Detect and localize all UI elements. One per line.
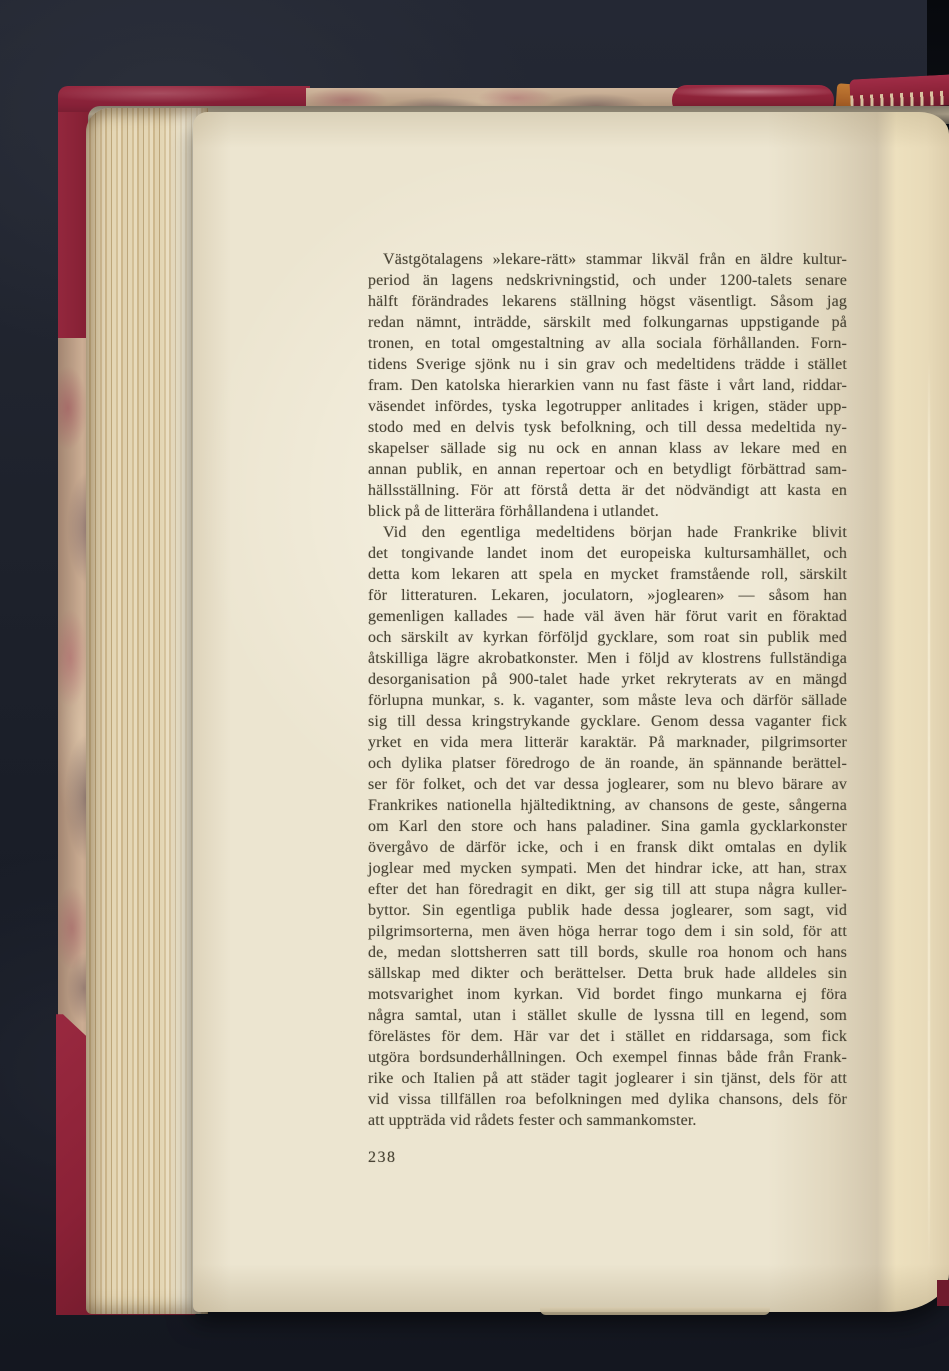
text-line: förelästes för dem. Här var det i ställe…: [368, 1026, 847, 1047]
text-line: desorganisation på 900-talet hade yrket …: [368, 669, 847, 690]
paragraph: Vid den egentliga medeltidens början had…: [368, 522, 847, 1131]
text-line: att uppträda vid rådets fester och samma…: [368, 1110, 847, 1131]
text-line: sig till dessa kringstrykande gycklare. …: [368, 711, 847, 732]
text-line: Frankrikes nationella hjältediktning, av…: [368, 795, 847, 816]
text-line: förlupna munkar, s. k. vaganter, som mås…: [368, 690, 847, 711]
page-number: 238: [368, 1149, 847, 1167]
page-edges-stack: [86, 108, 208, 1314]
text-line: motsvarighet inom kyrkan. Vid bordet fin…: [368, 984, 847, 1005]
text-line: fram. Den katolska hierarkien vann nu fa…: [368, 375, 847, 396]
text-line: efter det han föredragit en dikt, ger si…: [368, 879, 847, 900]
text-line: yrket en vida mera litterär karaktär. På…: [368, 732, 847, 753]
text-line: åtskilliga lägre akrobatkonster. Men i f…: [368, 648, 847, 669]
text-line: några samtal, utan i stället skulle de l…: [368, 1005, 847, 1026]
text-line: byttor. Sin egentliga publik hade dessa …: [368, 900, 847, 921]
text-line: Västgötalagens »lekare-rätt» stammar lik…: [368, 249, 847, 270]
text-block: Västgötalagens »lekare-rätt» stammar lik…: [368, 249, 847, 1167]
text-line: stodo med en delvis tysk befolkning, och…: [368, 417, 847, 438]
text-line: hällsställning. För att förstå detta är …: [368, 480, 847, 501]
text-line: för litteraturen. Lekaren, joculatorn, »…: [368, 585, 847, 606]
gutter-crease-highlight: [928, 355, 930, 1275]
text-line: skapelser sällade sig nu ock en annan kl…: [368, 438, 847, 459]
text-line: övergåvo de därför icke, och i en fransk…: [368, 837, 847, 858]
text-line: det tongivande landet inom det europeisk…: [368, 543, 847, 564]
text-line: tidens Sverige sjönk nu i sin grav och m…: [368, 354, 847, 375]
text-line: om Karl den store och hans paladiner. Si…: [368, 816, 847, 837]
text-line: hälft förändrades lekarens ställning hög…: [368, 291, 847, 312]
text-line: tronen, en total omgestaltning av alla s…: [368, 333, 847, 354]
text-line: rike och Italien på att städer tagit jog…: [368, 1068, 847, 1089]
paragraph: Västgötalagens »lekare-rätt» stammar lik…: [368, 249, 847, 522]
paragraphs-container: Västgötalagens »lekare-rätt» stammar lik…: [368, 249, 847, 1131]
text-line: pilgrimsorterna, men även höga herrar to…: [368, 921, 847, 942]
book-photo-scene: Västgötalagens »lekare-rätt» stammar lik…: [0, 0, 949, 1371]
text-line: utgöra bordsunderhållningen. Och exempel…: [368, 1047, 847, 1068]
text-line: period än lagens nedskrivningstid, och u…: [368, 270, 847, 291]
text-line: väsendet infördes, tyska legotrupper anl…: [368, 396, 847, 417]
text-line: de, medan slottsherren satt till bords, …: [368, 942, 847, 963]
text-line: detta kom lekaren att spela en mycket fr…: [368, 564, 847, 585]
text-line: joglear med mycken sympati. Men det hind…: [368, 858, 847, 879]
text-line: vid vissa tillfällen roa befolkningen me…: [368, 1089, 847, 1110]
text-line: Vid den egentliga medeltidens början had…: [368, 522, 847, 543]
text-line: blick på de litterära förhållandena i ut…: [368, 501, 847, 522]
text-line: redan nämnt, inträdde, särskilt med folk…: [368, 312, 847, 333]
text-line: och särskilt av kyrkan förföljd gycklare…: [368, 627, 847, 648]
text-line: ser för folket, och det var dessa joglea…: [368, 774, 847, 795]
book-page: Västgötalagens »lekare-rätt» stammar lik…: [193, 112, 949, 1312]
cover-bottom-right-sliver: [937, 1280, 949, 1306]
text-line: annan publik, en annan repertoar och en …: [368, 459, 847, 480]
text-line: sällskap med dikter och berättelser. Det…: [368, 963, 847, 984]
page-bottom-edge-sliver: [540, 1307, 770, 1315]
text-line: och dylika platser föredrogo de än roand…: [368, 753, 847, 774]
text-line: gemenligen kallades — hade väl även här …: [368, 606, 847, 627]
